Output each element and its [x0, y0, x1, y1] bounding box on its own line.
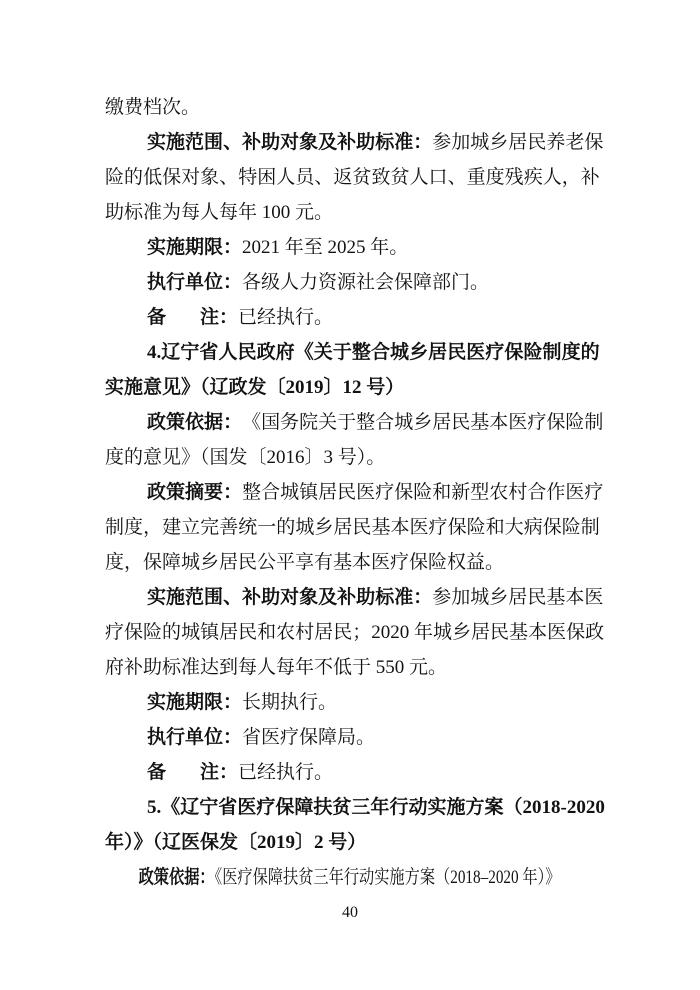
text-segment: 和 [432, 475, 451, 510]
text-segment: 居 [318, 475, 337, 510]
text-segment: 镇 [200, 615, 219, 650]
text-segment: 缴费档次。 [105, 97, 200, 118]
text-segment: 村 [508, 475, 527, 510]
text-segment: 镇 [299, 475, 318, 510]
text-segment: 的 [276, 510, 295, 545]
text-segment: 居 [508, 580, 527, 615]
text-segment-bold: ： [413, 125, 432, 160]
text-line: 实施范围、补助对象及补助标准：参加城乡居民基本医 [105, 580, 600, 615]
text-segment: 医 [356, 475, 375, 510]
text-segment-bold: 政 [147, 405, 166, 440]
text-segment: ； [352, 615, 371, 650]
text-segment: 保 [584, 125, 603, 160]
text-segment: 合 [375, 405, 394, 440]
text-segment-bold: 补 [337, 125, 356, 160]
text-segment-bold: 实施期限： [147, 692, 242, 713]
text-segment: 残 [505, 160, 524, 195]
text-segment-bold: 方 [466, 790, 485, 825]
text-segment: 于 [337, 405, 356, 440]
text-segment: 老 [565, 125, 584, 160]
text-segment: 制 [584, 405, 603, 440]
text-segment-bold: 度 [562, 335, 581, 370]
text-segment: 重 [467, 160, 486, 195]
text-segment: 城 [295, 510, 314, 545]
text-segment: 城 [470, 580, 489, 615]
text-segment-bold: 政策依据： [139, 867, 215, 888]
text-segment: 完 [200, 510, 219, 545]
text-segment-bold: 案 [485, 790, 504, 825]
text-segment: 的 [162, 615, 181, 650]
text-segment-bold: 关 [314, 335, 333, 370]
text-segment-bold: 助 [356, 580, 375, 615]
text-segment-bold: 对 [280, 125, 299, 160]
text-segment-bold: 合 [371, 335, 390, 370]
text-segment: 居 [432, 405, 451, 440]
text-segment: 民 [333, 615, 352, 650]
text-segment-bold: 助 [356, 125, 375, 160]
text-segment: 制 [581, 510, 600, 545]
text-segment: 统 [238, 510, 257, 545]
text-segment: 度的意见》（国发〔2016〕3 号）。 [105, 447, 385, 468]
text-line: 备注：已经执行。 [105, 755, 600, 790]
text-segment: 居 [508, 125, 527, 160]
text-line: 险的低保对象、特困人员、返贫致贫人口、重度残疾人，补 [105, 160, 600, 195]
text-line: 实施期限：长期执行。 [105, 685, 600, 720]
text-segment: 象 [200, 160, 219, 195]
text-line: 备注：已经执行。 [105, 300, 600, 335]
text-segment-bold: 施 [446, 790, 465, 825]
text-segment: 贫 [390, 160, 409, 195]
text-segment: 本 [390, 510, 409, 545]
text-segment: 保 [543, 510, 562, 545]
text-segment: 已经执行。 [238, 307, 333, 328]
text-segment-bold: 要 [204, 475, 223, 510]
text-line: 实施期限：2021 年至 2025 年。 [105, 230, 600, 265]
text-segment-bold: 、 [223, 125, 242, 160]
text-segment: 立 [181, 510, 200, 545]
text-segment: 本 [528, 615, 547, 650]
text-segment: 疗 [105, 615, 124, 650]
text-segment: 参 [432, 125, 451, 160]
text-segment-bold: 障 [294, 790, 313, 825]
text-segment-bold: 助 [261, 125, 280, 160]
text-segment: 基 [371, 510, 390, 545]
text-segment: 各级人力资源社会保障部门。 [242, 272, 489, 293]
text-segment: 人 [410, 160, 429, 195]
text-line: 年）》（辽医保发〔2019〕2 号） [105, 825, 600, 860]
text-segment: ， [143, 510, 162, 545]
text-segment-bold: 人 [218, 335, 237, 370]
text-segment-bold: 依 [185, 405, 204, 440]
text-segment-bold: 乡 [409, 335, 428, 370]
text-segment: 合 [261, 475, 280, 510]
text-segment: 城 [280, 475, 299, 510]
text-segment-bold: 于 [333, 335, 352, 370]
text-segment: 务 [280, 405, 299, 440]
text-segment-bold: 贫 [332, 790, 351, 825]
text-segment: 、 [448, 160, 467, 195]
text-segment-bold: 围 [204, 580, 223, 615]
text-segment-bold: 的 [581, 335, 600, 370]
text-segment-bold: 执行单位： [147, 727, 242, 748]
text-segment-bold: 实施意见》（辽政发〔2019〕12 号） [105, 377, 404, 398]
text-segment: 新 [451, 475, 470, 510]
text-segment: 度 [124, 510, 143, 545]
text-segment-bold: 疗 [485, 335, 504, 370]
text-segment-bold: 扶 [313, 790, 332, 825]
text-segment: 加 [451, 580, 470, 615]
text-segment-bold: 《 [161, 790, 180, 825]
text-segment: 2020 [371, 615, 414, 650]
text-segment: 险 [413, 475, 432, 510]
text-segment: 补 [581, 160, 600, 195]
text-segment-bold: 医 [466, 335, 485, 370]
text-segment: 整 [356, 405, 375, 440]
text-segment: 和 [257, 615, 276, 650]
text-line: 度的意见》（国发〔2016〕3 号）。 [105, 440, 600, 475]
text-segment-bold: 实 [147, 580, 166, 615]
text-segment: 民 [238, 615, 257, 650]
text-segment: 本 [565, 580, 584, 615]
text-segment-bold: 、 [223, 580, 242, 615]
text-segment-bold: 府 [276, 335, 295, 370]
text-segment-bold: 策 [166, 405, 185, 440]
text-segment: 合 [527, 475, 546, 510]
text-segment: 府补助标准达到每人每年不低于 550 元。 [105, 657, 447, 678]
text-segment-bold: 实 [427, 790, 446, 825]
text-segment: 疾 [524, 160, 543, 195]
text-segment-bold: 补 [242, 580, 261, 615]
text-segment: 建 [162, 510, 181, 545]
text-segment-bold: 三 [351, 790, 370, 825]
text-segment-bold: 及 [318, 125, 337, 160]
text-segment-bold: ： [413, 580, 432, 615]
text-segment: 险 [105, 160, 124, 195]
text-line: 执行单位：各级人力资源社会保障部门。 [105, 265, 600, 300]
text-segment: 加 [451, 125, 470, 160]
text-segment: 《 [242, 405, 261, 440]
text-segment: 民 [490, 615, 509, 650]
text-segment: 居 [333, 510, 352, 545]
text-line: 实施意见》（辽政发〔2019〕12 号） [105, 370, 600, 405]
text-segment-bold: 助 [261, 580, 280, 615]
text-segment: 、 [219, 160, 238, 195]
text-segment-bold: 注： [200, 762, 238, 783]
text-segment-bold: 范 [185, 580, 204, 615]
text-segment: 保 [448, 510, 467, 545]
text-line: 制度，建立完善统一的城乡居民基本医疗保险和大病保险制 [105, 510, 600, 545]
text-segment-bold: 围 [204, 125, 223, 160]
text-line: 府补助标准达到每人每年不低于 550 元。 [105, 650, 600, 685]
text-segment-bold: 宁 [180, 335, 199, 370]
text-segment-bold: 备 [147, 307, 166, 328]
text-segment: 乡 [452, 615, 471, 650]
text-line: 5.《辽宁省医疗保障扶贫三年行动实施方案（2018-2020 [105, 790, 600, 825]
text-segment: 保 [566, 615, 585, 650]
text-segment: 医 [410, 510, 429, 545]
text-segment-bold: 省 [199, 335, 218, 370]
text-segment-bold: 施 [166, 125, 185, 160]
text-segment-bold: （ [504, 790, 523, 825]
text-segment: 居 [471, 615, 490, 650]
text-segment-bold: 辽 [161, 335, 180, 370]
text-segment: 和 [486, 510, 505, 545]
text-segment: 已经执行。 [238, 762, 333, 783]
text-segment: 低 [143, 160, 162, 195]
text-segment: 人 [543, 160, 562, 195]
text-segment: 险 [143, 615, 162, 650]
text-segment-bold: 准 [394, 580, 413, 615]
text-segment-bold: 策 [166, 475, 185, 510]
text-segment: 院 [299, 405, 318, 440]
text-segment: 返 [333, 160, 352, 195]
text-segment-bold: 民 [447, 335, 466, 370]
text-segment: 险 [565, 405, 584, 440]
text-segment: 村 [295, 615, 314, 650]
text-segment: 善 [219, 510, 238, 545]
text-segment-bold: 象 [299, 580, 318, 615]
text-segment: 型 [470, 475, 489, 510]
text-segment: 本 [489, 405, 508, 440]
text-segment: 民 [527, 125, 546, 160]
text-segment: 保 [546, 405, 565, 440]
text-segment-bold: 及 [318, 580, 337, 615]
text-segment-bold: 施 [166, 580, 185, 615]
text-segment: 乡 [413, 405, 432, 440]
text-segment-bold: 医 [237, 790, 256, 825]
text-line: 度，保障城乡居民公平享有基本医疗保险权益。 [105, 545, 600, 580]
text-segment: 民 [527, 580, 546, 615]
text-segment: 政 [585, 615, 604, 650]
text-segment: 国 [261, 405, 280, 440]
text-segment-bold: 《 [295, 335, 314, 370]
text-segment: 农 [489, 475, 508, 510]
text-segment-bold: 整 [352, 335, 371, 370]
text-segment: 员 [295, 160, 314, 195]
text-segment-bold: 险 [523, 335, 542, 370]
text-segment: 省医疗保障局。 [242, 727, 375, 748]
text-segment: 整 [242, 475, 261, 510]
text-segment-bold: ： [223, 405, 242, 440]
text-segment: 乡 [314, 510, 333, 545]
text-segment: 口 [429, 160, 448, 195]
text-segment: 特 [238, 160, 257, 195]
text-segment: 疗 [527, 405, 546, 440]
text-segment: 居 [314, 615, 333, 650]
text-segment: 城 [470, 125, 489, 160]
text-segment-bold: 据 [204, 405, 223, 440]
text-segment-bold: 标 [375, 580, 394, 615]
text-segment: 保 [162, 160, 181, 195]
text-segment-bold: 标 [375, 125, 394, 160]
text-segment: 民 [352, 510, 371, 545]
text-segment-bold: 保 [504, 335, 523, 370]
text-segment-bold: 2018-2020 [523, 790, 605, 825]
text-segment-bold: 民 [238, 335, 257, 370]
text-segment-bold: 实 [147, 125, 166, 160]
text-segment: 疗 [375, 475, 394, 510]
text-segment: 民 [337, 475, 356, 510]
text-segment: 一 [257, 510, 276, 545]
text-line: 4.辽宁省人民政府《关于整合城乡居民医疗保险制度的 [105, 335, 600, 370]
text-segment: 2021 年至 2025 年。 [242, 237, 408, 258]
text-segment-bold: 辽 [180, 790, 199, 825]
text-segment: 医 [508, 405, 527, 440]
text-segment: 对 [181, 160, 200, 195]
text-segment: ， [562, 160, 581, 195]
text-segment: 致 [371, 160, 390, 195]
text-segment: 民 [451, 405, 470, 440]
text-segment: 乡 [489, 125, 508, 160]
text-segment-bold: 政 [147, 475, 166, 510]
text-segment-bold: 宁 [199, 790, 218, 825]
text-line: 政策依据：《国务院关于整合城乡居民基本医疗保险制 [105, 405, 600, 440]
text-segment: 困 [257, 160, 276, 195]
text-segment: 关 [318, 405, 337, 440]
text-segment: 保 [394, 475, 413, 510]
text-segment: 养 [546, 125, 565, 160]
text-segment-bold: 备 [147, 762, 166, 783]
text-segment-bold: 政 [257, 335, 276, 370]
page-number: 40 [0, 898, 700, 928]
text-segment: 度 [486, 160, 505, 195]
text-line: 助标准为每人每年 100 元。 [105, 195, 600, 230]
text-segment: 《医疗保障扶贫三年行动实施方案（2018–2020 年）》 [215, 867, 561, 888]
text-segment: 险 [562, 510, 581, 545]
text-segment: 年 [414, 615, 433, 650]
text-segment: 助标准为每人每年 100 元。 [105, 202, 333, 223]
text-segment: 疗 [584, 475, 603, 510]
text-segment-bold: 行 [389, 790, 408, 825]
text-segment: 城 [394, 405, 413, 440]
text-line: 政策依据：《医疗保障扶贫三年行动实施方案（2018–2020 年）》 [105, 860, 501, 895]
text-segment: 参 [432, 580, 451, 615]
document-page: 缴费档次。实施范围、补助对象及补助标准：参加城乡居民养老保险的低保对象、特困人员… [0, 0, 700, 990]
text-segment: 险 [467, 510, 486, 545]
text-segment: 度，保障城乡居民公平享有基本医疗保险权益。 [105, 552, 504, 573]
text-segment: 、 [314, 160, 333, 195]
text-segment: 医 [584, 580, 603, 615]
document-content: 缴费档次。实施范围、补助对象及补助标准：参加城乡居民养老保险的低保对象、特困人员… [105, 90, 600, 895]
text-segment: 基 [509, 615, 528, 650]
text-segment: 基 [470, 405, 489, 440]
text-segment-bold: 保 [275, 790, 294, 825]
text-segment: 大 [505, 510, 524, 545]
text-segment: 疗 [429, 510, 448, 545]
text-segment: 城 [433, 615, 452, 650]
text-segment-bold: 象 [299, 125, 318, 160]
text-segment: 城 [181, 615, 200, 650]
text-segment: 贫 [352, 160, 371, 195]
text-segment-bold: 补 [242, 125, 261, 160]
text-segment: 长期执行。 [242, 692, 337, 713]
text-segment-bold: 动 [408, 790, 427, 825]
text-segment: 制 [105, 510, 124, 545]
text-segment-bold: 年）》（辽医保发〔2019〕2 号） [105, 832, 366, 853]
text-segment-bold: 摘 [185, 475, 204, 510]
text-segment-bold: ： [223, 475, 242, 510]
text-segment-bold: 4. [147, 335, 161, 370]
text-segment-bold: 疗 [256, 790, 275, 825]
text-segment-bold: 注： [200, 307, 238, 328]
text-segment-bold: 范 [185, 125, 204, 160]
text-segment: 的 [124, 160, 143, 195]
text-line: 执行单位：省医疗保障局。 [105, 720, 600, 755]
text-segment-bold: 省 [218, 790, 237, 825]
text-segment: 乡 [489, 580, 508, 615]
text-segment-bold: 准 [394, 125, 413, 160]
text-line: 实施范围、补助对象及补助标准：参加城乡居民养老保 [105, 125, 600, 160]
text-line: 疗保险的城镇居民和农村居民；2020 年城乡居民基本医保政 [105, 615, 600, 650]
text-segment: 医 [547, 615, 566, 650]
text-segment-bold: 城 [390, 335, 409, 370]
text-segment: 作 [546, 475, 565, 510]
text-segment: 医 [565, 475, 584, 510]
text-segment: 农 [276, 615, 295, 650]
text-segment-bold: 实施期限： [147, 237, 242, 258]
text-segment: 病 [524, 510, 543, 545]
text-segment: 保 [124, 615, 143, 650]
text-segment-bold: 执行单位： [147, 272, 242, 293]
text-segment-bold: 5. [147, 790, 161, 825]
text-segment: 居 [219, 615, 238, 650]
text-line: 政策摘要：整合城镇居民医疗保险和新型农村合作医疗 [105, 475, 600, 510]
text-segment-bold: 年 [370, 790, 389, 825]
text-segment-bold: 对 [280, 580, 299, 615]
text-segment: 基 [546, 580, 565, 615]
text-segment: 人 [276, 160, 295, 195]
text-segment-bold: 制 [543, 335, 562, 370]
text-line: 缴费档次。 [105, 90, 600, 125]
text-segment-bold: 居 [428, 335, 447, 370]
text-segment-bold: 补 [337, 580, 356, 615]
